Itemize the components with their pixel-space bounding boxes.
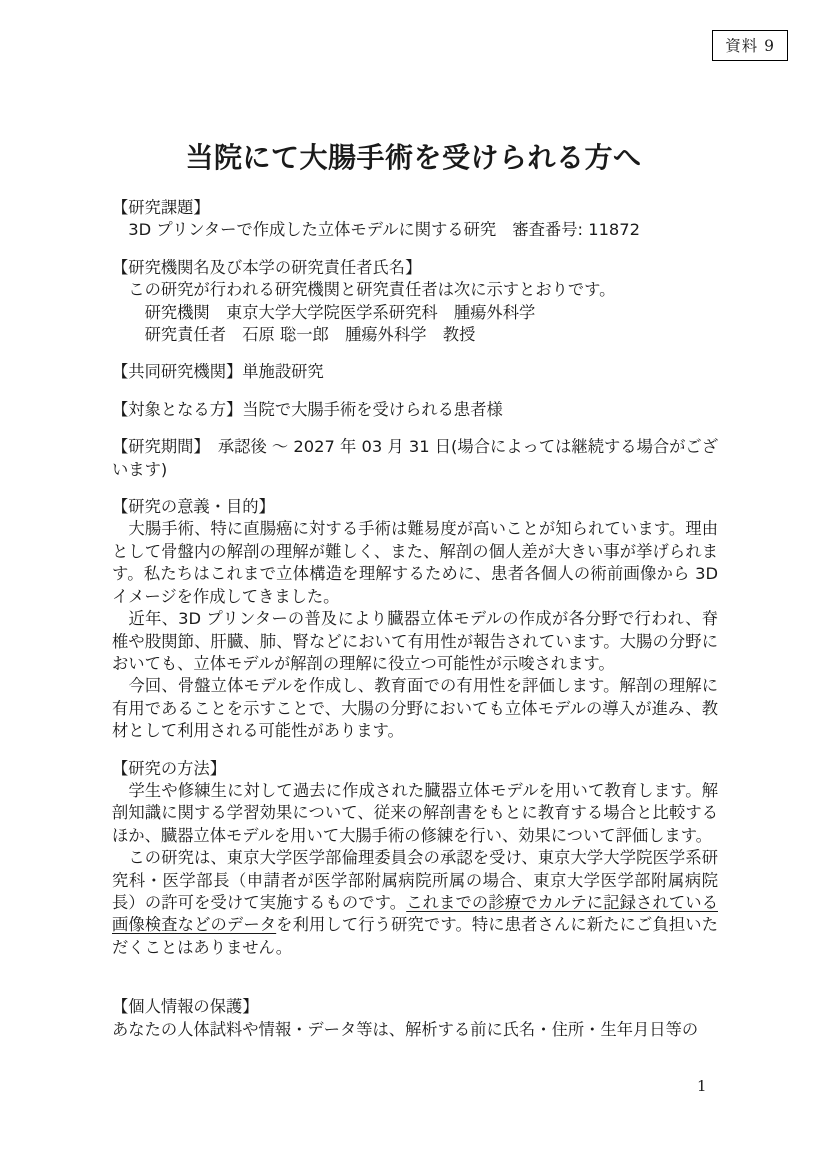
institution-intro-line: この研究が行われる研究機関と研究責任者は次に示すとおりです。 xyxy=(112,279,718,301)
document-tag-label: 資料 9 xyxy=(725,37,775,55)
section-inline-text: 承認後 ～ 2027 年 03 月 31 日(場合によっては継続する場合がござい… xyxy=(112,437,718,478)
institution-org-line: 研究機関 東京大学大学院医学系研究科 腫瘍外科学 xyxy=(112,302,718,324)
purpose-paragraph-1: 大腸手術、特に直腸癌に対する手術は難易度が高いことが知られています。理由として骨… xyxy=(112,518,718,608)
purpose-paragraph-3: 今回、骨盤立体モデルを作成し、教育面での有用性を評価します。解剖の理解に有用であ… xyxy=(112,675,718,742)
section-period: 【研究期間】 承認後 ～ 2027 年 03 月 31 日(場合によっては継続す… xyxy=(112,436,718,481)
section-heading: 【個人情報の保護】 xyxy=(112,996,718,1018)
section-research-title: 【研究課題】 3D プリンターで作成した立体モデルに関する研究 審査番号: 11… xyxy=(112,197,718,242)
section-privacy: 【個人情報の保護】 あなたの人体試料や情報・データ等は、解析する前に氏名・住所・… xyxy=(112,996,718,1041)
section-heading: 【研究期間】 xyxy=(112,437,202,456)
section-inline-row: 【共同研究機関】単施設研究 xyxy=(112,361,718,383)
section-inline-row: 【対象となる方】当院で大腸手術を受けられる患者様 xyxy=(112,399,718,421)
document-body: 【研究課題】 3D プリンターで作成した立体モデルに関する研究 審査番号: 11… xyxy=(112,197,718,1056)
section-body-line: 3D プリンターで作成した立体モデルに関する研究 審査番号: 11872 xyxy=(112,219,718,241)
section-inline-text: 当院で大腸手術を受けられる患者様 xyxy=(242,400,503,419)
privacy-paragraph-1: あなたの人体試料や情報・データ等は、解析する前に氏名・住所・生年月日等の xyxy=(112,1019,718,1041)
section-heading: 【研究課題】 xyxy=(112,197,718,219)
section-method: 【研究の方法】 学生や修練生に対して過去に作成された臓器立体モデルを用いて教育し… xyxy=(112,758,718,960)
section-inline-row: 【研究期間】 承認後 ～ 2027 年 03 月 31 日(場合によっては継続す… xyxy=(112,436,718,481)
section-subjects: 【対象となる方】当院で大腸手術を受けられる患者様 xyxy=(112,399,718,421)
section-purpose: 【研究の意義・目的】 大腸手術、特に直腸癌に対する手術は難易度が高いことが知られ… xyxy=(112,496,718,742)
section-inline-text: 単施設研究 xyxy=(242,362,323,381)
method-paragraph-1: 学生や修練生に対して過去に作成された臓器立体モデルを用いて教育します。解剖知識に… xyxy=(112,780,718,847)
page-number: 1 xyxy=(697,1077,707,1095)
section-heading: 【研究機関名及び本学の研究責任者氏名】 xyxy=(112,257,718,279)
institution-pi-line: 研究責任者 石原 聡一郎 腫瘍外科学 教授 xyxy=(112,324,718,346)
section-heading: 【研究の意義・目的】 xyxy=(112,496,718,518)
method-paragraph-2: この研究は、東京大学医学部倫理委員会の承認を受け、東京大学大学院医学系研究科・医… xyxy=(112,847,718,959)
section-heading: 【共同研究機関】 xyxy=(112,362,242,381)
section-joint-institution: 【共同研究機関】単施設研究 xyxy=(112,361,718,383)
purpose-paragraph-2: 近年、3D プリンターの普及により臓器立体モデルの作成が各分野で行われ、脊椎や股… xyxy=(112,608,718,675)
section-heading: 【研究の方法】 xyxy=(112,758,718,780)
page-title: 当院にて大腸手術を受けられる方へ xyxy=(0,136,827,176)
document-tag-box: 資料 9 xyxy=(712,30,788,61)
section-heading: 【対象となる方】 xyxy=(112,400,242,419)
section-institution: 【研究機関名及び本学の研究責任者氏名】 この研究が行われる研究機関と研究責任者は… xyxy=(112,257,718,347)
document-page: { "document": { "tag_label": "資料 9", "ti… xyxy=(0,0,827,1169)
